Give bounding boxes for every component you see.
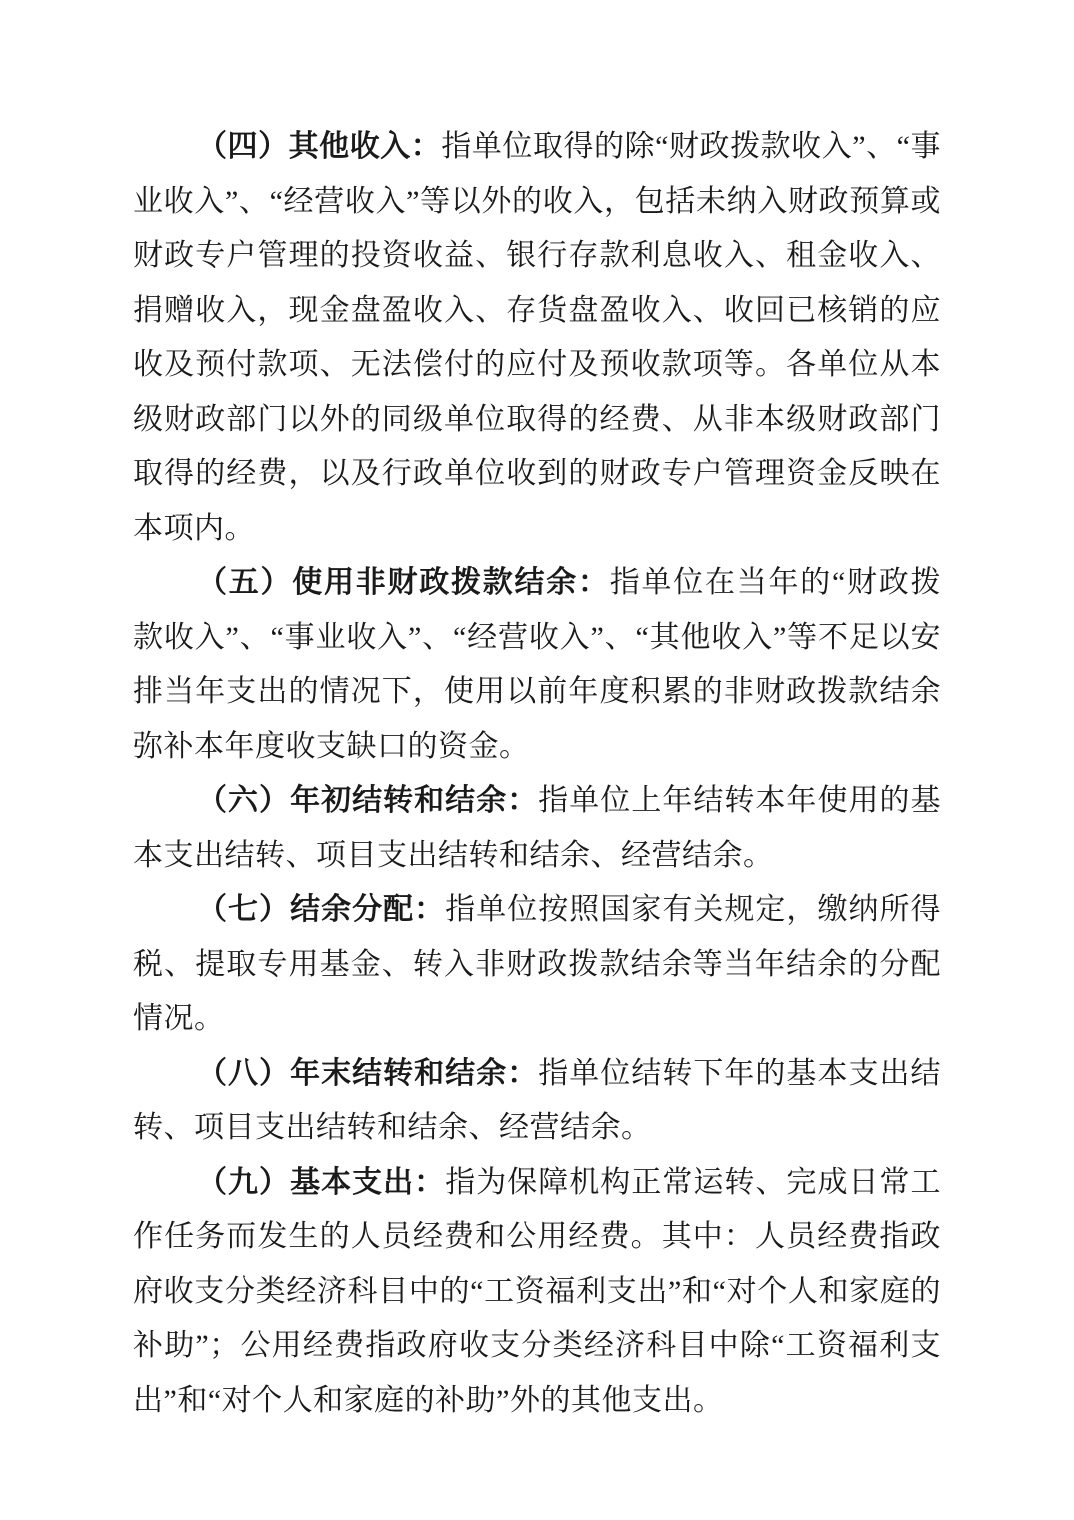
paragraph-text: 指单位取得的除“财政拨款收入”、“事业收入”、“经营收入”等以外的收入，包括未纳… <box>133 130 941 545</box>
paragraph-beginning-year-carryover: （六）年初结转和结余：指单位上年结转本年使用的基本支出结转、项目支出结转和结余、… <box>133 774 941 883</box>
paragraph-heading: （七）结余分配： <box>197 893 445 926</box>
paragraph-use-of-non-fiscal-surplus: （五）使用非财政拨款结余：指单位在当年的“财政拨款收入”、“事业收入”、“经营收… <box>133 556 941 774</box>
paragraph-heading: （八）年末结转和结余： <box>197 1057 538 1090</box>
document-page: （四）其他收入：指单位取得的除“财政拨款收入”、“事业收入”、“经营收入”等以外… <box>0 0 1074 1520</box>
paragraph-heading: （六）年初结转和结余： <box>197 784 538 817</box>
paragraph-heading: （四）其他收入： <box>197 130 441 163</box>
paragraph-surplus-distribution: （七）结余分配：指单位按照国家有关规定，缴纳所得税、提取专用基金、转入非财政拨款… <box>133 883 941 1047</box>
paragraph-basic-expenditure: （九）基本支出：指为保障机构正常运转、完成日常工作任务而发生的人员经费和公用经费… <box>133 1156 941 1429</box>
paragraph-text: 指为保障机构正常运转、完成日常工作任务而发生的人员经费和公用经费。其中：人员经费… <box>133 1166 941 1417</box>
paragraph-heading: （五）使用非财政拨款结余： <box>197 566 610 599</box>
document-body: （四）其他收入：指单位取得的除“财政拨款收入”、“事业收入”、“经营收入”等以外… <box>133 120 941 1428</box>
paragraph-year-end-carryover: （八）年末结转和结余：指单位结转下年的基本支出结转、项目支出结转和结余、经营结余… <box>133 1047 941 1156</box>
paragraph-heading: （九）基本支出： <box>197 1166 445 1199</box>
paragraph-other-income: （四）其他收入：指单位取得的除“财政拨款收入”、“事业收入”、“经营收入”等以外… <box>133 120 941 556</box>
